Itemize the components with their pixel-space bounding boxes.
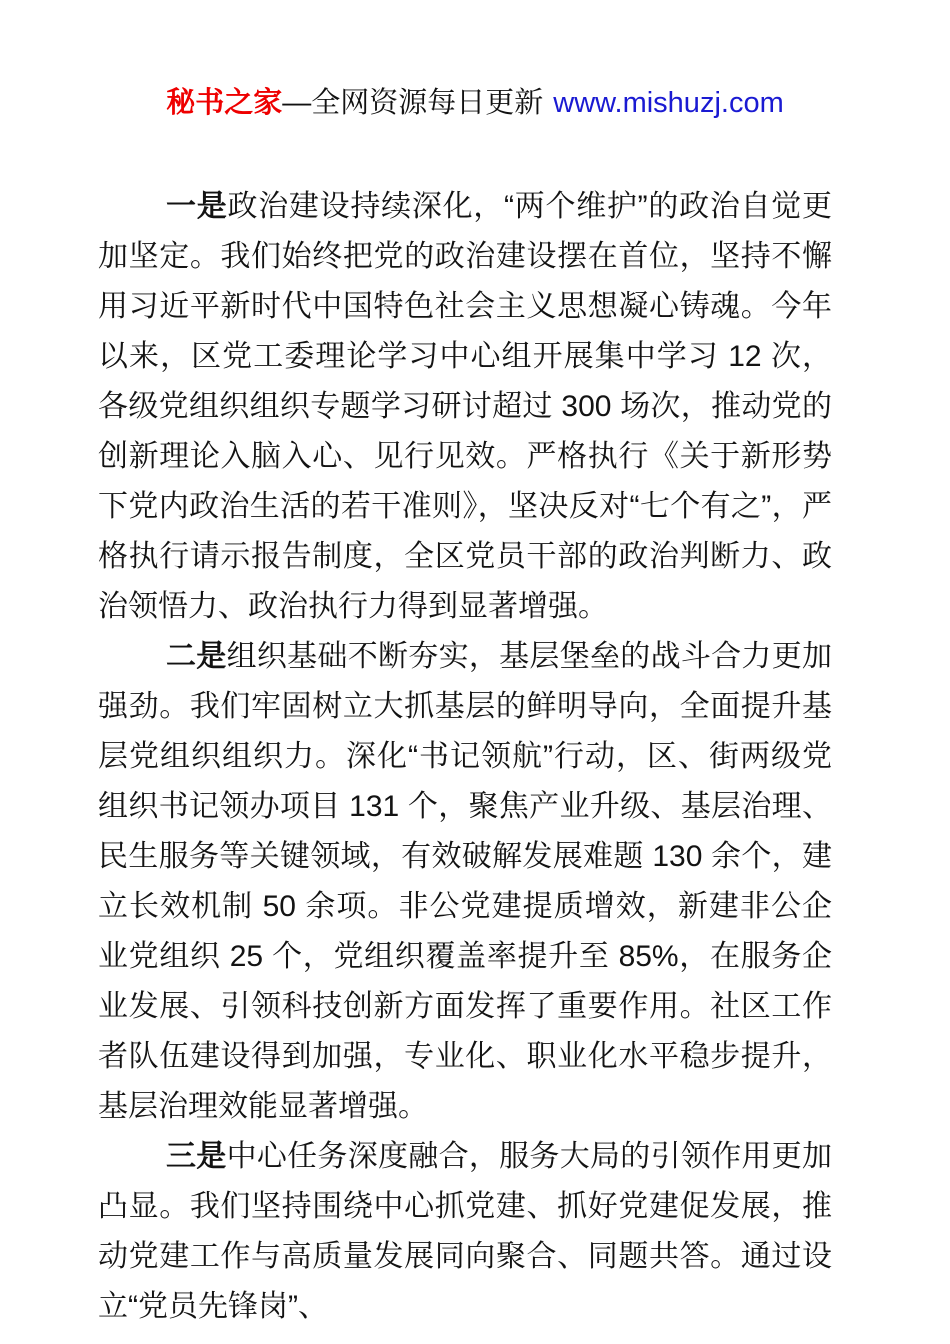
site-tagline: —全网资源每日更新 [282, 87, 543, 119]
paragraph-2-text: 组织基础不断夯实，基层堡垒的战斗合力更加强劲。我们牢固树立大抓基层的鲜明导向，全… [98, 640, 832, 1123]
document-body: 一是政治建设持续深化，“两个维护”的政治自觉更加坚定。我们始终把党的政治建设摆在… [98, 182, 832, 1332]
paragraph-organization-foundation: 二是组织基础不断夯实，基层堡垒的战斗合力更加强劲。我们牢固树立大抓基层的鲜明导向… [98, 632, 832, 1132]
site-brand: 秘书之家 [166, 87, 282, 119]
site-header: 秘书之家—全网资源每日更新www.mishuzj.com [0, 86, 950, 120]
document-page: 秘书之家—全网资源每日更新www.mishuzj.com 一是政治建设持续深化，… [0, 0, 950, 1344]
paragraph-central-tasks: 三是中心任务深度融合，服务大局的引领作用更加凸显。我们坚持围绕中心抓党建、抓好党… [98, 1132, 832, 1332]
paragraph-2-lead: 二是 [166, 640, 227, 673]
paragraph-3-lead: 三是 [166, 1140, 227, 1173]
paragraph-political-building: 一是政治建设持续深化，“两个维护”的政治自觉更加坚定。我们始终把党的政治建设摆在… [98, 182, 832, 632]
paragraph-1-lead: 一是 [166, 190, 227, 223]
site-url-link[interactable]: www.mishuzj.com [553, 87, 783, 119]
paragraph-1-text: 政治建设持续深化，“两个维护”的政治自觉更加坚定。我们始终把党的政治建设摆在首位… [98, 190, 832, 623]
